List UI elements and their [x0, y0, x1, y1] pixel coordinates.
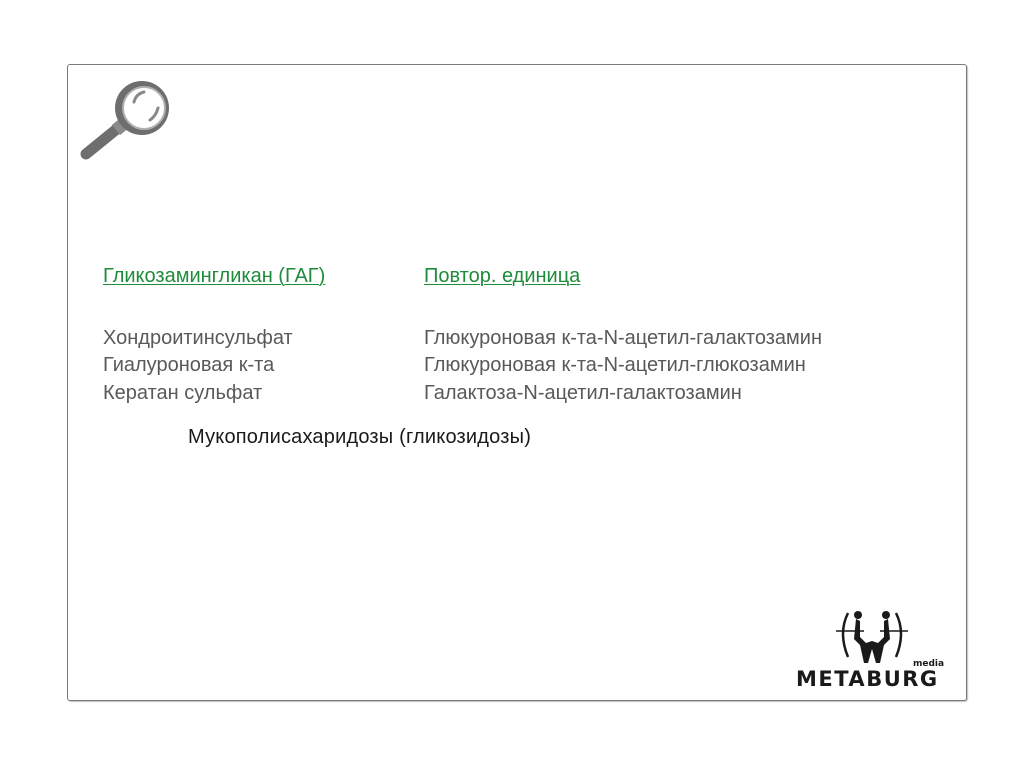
- gag-name: Хондроитинсульфат: [103, 328, 293, 348]
- caption: Мукополисахаридозы (гликозидозы): [188, 426, 531, 449]
- gag-name: Кератан сульфат: [103, 383, 262, 403]
- repeat-unit: Галактоза-N-ацетил-галактозамин: [424, 383, 742, 403]
- gag-name: Гиалуроновая к-та: [103, 355, 274, 375]
- logo-figures-icon: [834, 605, 910, 665]
- metaburg-logo: media METABURG: [796, 605, 956, 695]
- logo-wordmark: METABURG: [796, 667, 939, 691]
- magnifier-icon: [76, 78, 176, 162]
- header-repeat-unit: Повтор. единица: [424, 266, 580, 286]
- repeat-unit: Глюкуроновая к-та-N-ацетил-глюкозамин: [424, 355, 806, 375]
- repeat-unit: Глюкуроновая к-та-N-ацетил-галактозамин: [424, 328, 822, 348]
- header-gag: Гликозамингликан (ГАГ): [103, 266, 325, 286]
